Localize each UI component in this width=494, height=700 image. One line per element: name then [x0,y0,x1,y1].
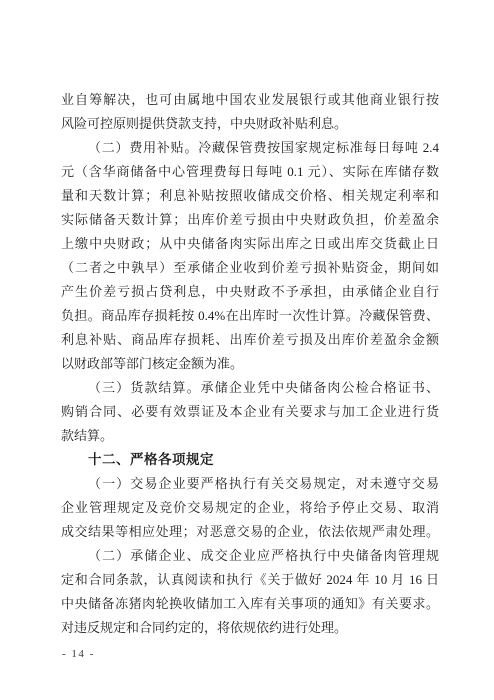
text-line: 购销合同、必要有效票证及本企业有关要求与加工企业进行货 [61,400,439,424]
text-line: （二）承储企业、成交企业应严格执行中央储备肉管理规 [61,544,439,568]
text-line: 风险可控原则提供贷款支持，中央财政补贴利息。 [61,112,439,136]
text-line: 负担。商品库存损耗按 0.4%在出库时一次性计算。冷藏保管费、 [61,304,439,328]
text-line: （二）费用补贴。冷藏保管费按国家规定标准每日每吨 2.4 [61,136,439,160]
text-line: 量和天数计算；利息补贴按照收储成交价格、相关规定利率和 [61,184,439,208]
document-body: 业自筹解决，也可由属地中国农业发展银行或其他商业银行按 风险可控原则提供贷款支持… [61,88,439,640]
page-number: - 14 - [62,646,95,662]
section-heading: 十二、严格各项规定 [61,448,439,472]
text-line: （二者之中孰早）至承储企业收到价差亏损补贴资金，期间如 [61,256,439,280]
text-line: 业自筹解决，也可由属地中国农业发展银行或其他商业银行按 [61,88,439,112]
text-line: 定和合同条款，认真阅读和执行《关于做好 2024 年 10 月 16 日 [61,568,439,592]
text-line: （一）交易企业要严格执行有关交易规定，对未遵守交易 [61,472,439,496]
text-line: 产生价差亏损占贷利息，中央财政不予承担，由承储企业自行 [61,280,439,304]
text-line: 元（含华商储备中心管理费每日每吨 0.1 元）、实际在库储存数 [61,160,439,184]
text-line: 成交结果等相应处理；对恶意交易的企业，依法依规严肃处理。 [61,520,439,544]
text-line: 上缴中央财政；从中央储备肉实际出库之日或出库交货截止日 [61,232,439,256]
text-line: 企业管理规定及竞价交易规定的企业，将给予停止交易、取消 [61,496,439,520]
text-line: 实际储备天数计算；出库价差亏损由中央财政负担，价差盈余 [61,208,439,232]
text-line: （三）货款结算。承储企业凭中央储备肉公检合格证书、 [61,376,439,400]
text-line: 以财政部等部门核定金额为准。 [61,352,439,376]
text-line: 对违反规定和合同约定的，将依规依约进行处理。 [61,616,439,640]
text-line: 利息补贴、商品库存损耗、出库价差亏损及出库价差盈余金额 [61,328,439,352]
text-line: 款结算。 [61,424,439,448]
text-line: 中央储备冻猪肉轮换收储加工入库有关事项的通知》有关要求。 [61,592,439,616]
scanned-document-page: 业自筹解决，也可由属地中国农业发展银行或其他商业银行按 风险可控原则提供贷款支持… [0,0,494,700]
